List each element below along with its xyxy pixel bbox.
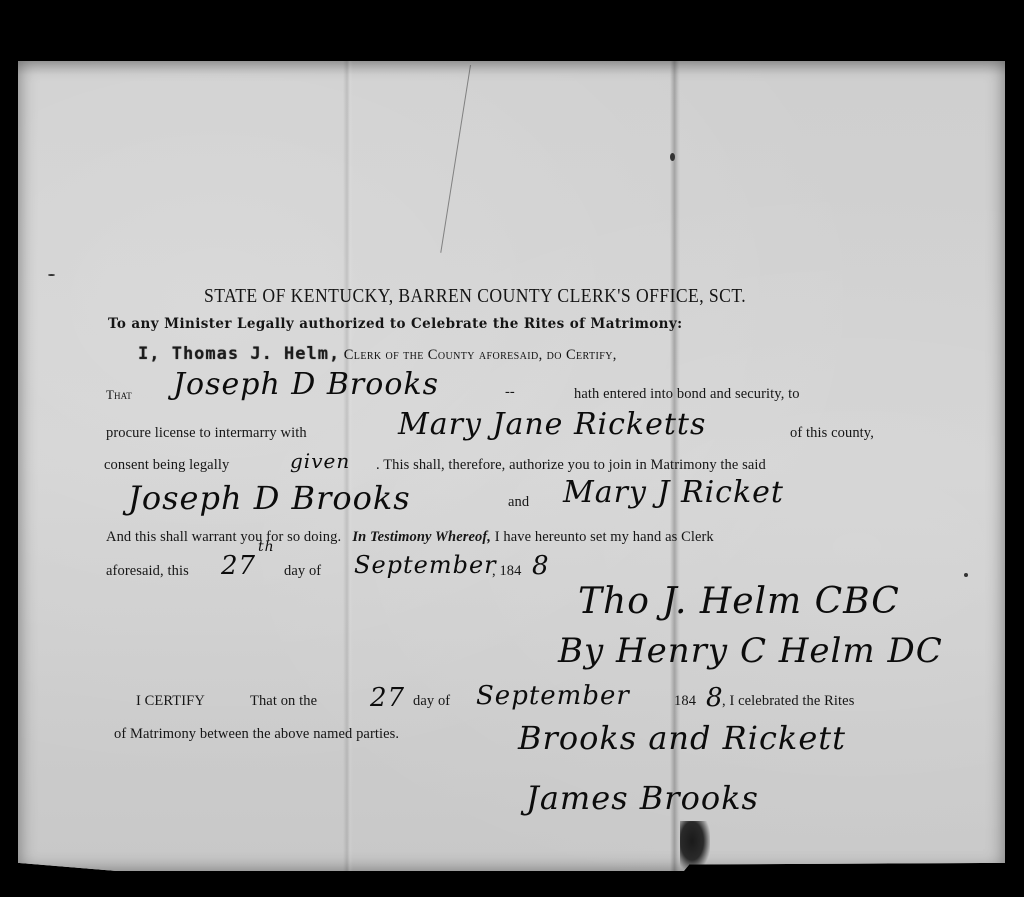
clerk-signature: Tho J. Helm CBC bbox=[578, 581, 900, 622]
certify-label: I CERTIFY bbox=[136, 693, 205, 710]
issue-month-handwritten: September bbox=[354, 551, 497, 579]
issue-year-digit-handwritten: 8 bbox=[532, 551, 550, 581]
testimony-rest: I have hereunto set my hand as Clerk bbox=[495, 529, 714, 545]
celebrated-text: , I celebrated the Rites bbox=[722, 693, 854, 710]
clerk-role: Clerk of the County aforesaid, do Certif… bbox=[344, 347, 617, 363]
bond-text: hath entered into bond and security, to bbox=[574, 386, 800, 403]
document-title: STATE OF KENTUCKY, BARREN COUNTY CLERK'S… bbox=[204, 285, 746, 308]
authorize-text: . This shall, therefore, authorize you t… bbox=[376, 457, 766, 474]
and-text: and bbox=[508, 494, 529, 511]
deputy-clerk-signature: By Henry C Helm DC bbox=[558, 631, 943, 671]
bride-name-handwritten: Mary Jane Ricketts bbox=[398, 407, 706, 442]
clerk-name: I, Thomas J. Helm, bbox=[138, 344, 340, 364]
certificate-day-of: day of bbox=[413, 693, 450, 710]
parties-handwritten: Brooks and Rickett bbox=[518, 719, 846, 757]
paper-spot bbox=[670, 153, 675, 161]
ceremony-month-handwritten: September bbox=[476, 681, 630, 711]
day-of-text: day of bbox=[284, 563, 321, 580]
scratch-mark bbox=[440, 65, 471, 253]
ceremony-year-digit-handwritten: 8 bbox=[706, 683, 724, 713]
testimony-text: In Testimony Whereof, bbox=[352, 529, 491, 545]
county-text: of this county, bbox=[790, 425, 874, 442]
paper-spot bbox=[48, 274, 55, 276]
ceremony-day-handwritten: 27 bbox=[370, 683, 405, 713]
aforesaid-text: aforesaid, this bbox=[106, 563, 189, 580]
marriage-license-document: STATE OF KENTUCKY, BARREN COUNTY CLERK'S… bbox=[18, 61, 1005, 871]
license-text: procure license to intermarry with bbox=[106, 425, 307, 442]
bride-name-handwritten-2: Mary J Ricket bbox=[563, 475, 784, 510]
consent-value-handwritten: given bbox=[290, 449, 350, 473]
warrant-text: And this shall warrant you for so doing. bbox=[106, 529, 341, 545]
issue-year-prefix: , 184 bbox=[492, 563, 522, 580]
issue-day-handwritten: 27 bbox=[221, 551, 256, 581]
salutation: To any Minister Legally authorized to Ce… bbox=[108, 316, 683, 332]
groom-name-handwritten: Joseph D Brooks bbox=[173, 367, 439, 402]
that-on-text: That on the bbox=[250, 693, 317, 710]
groom-name-handwritten-2: Joseph D Brooks bbox=[128, 479, 411, 517]
consent-text: consent being legally bbox=[104, 457, 229, 474]
between-text: of Matrimony between the above named par… bbox=[114, 726, 399, 743]
ceremony-year-prefix: 184 bbox=[674, 693, 696, 710]
dash: -- bbox=[505, 384, 515, 401]
warrant-line: And this shall warrant you for so doing.… bbox=[106, 529, 714, 546]
minister-signature: James Brooks bbox=[526, 779, 759, 817]
paper-spot bbox=[964, 573, 968, 577]
label-that: That bbox=[106, 387, 132, 403]
ink-blot bbox=[680, 821, 710, 871]
issue-day-suffix: th bbox=[258, 539, 275, 555]
clerk-declaration: I, Thomas J. Helm, Clerk of the County a… bbox=[138, 344, 617, 364]
